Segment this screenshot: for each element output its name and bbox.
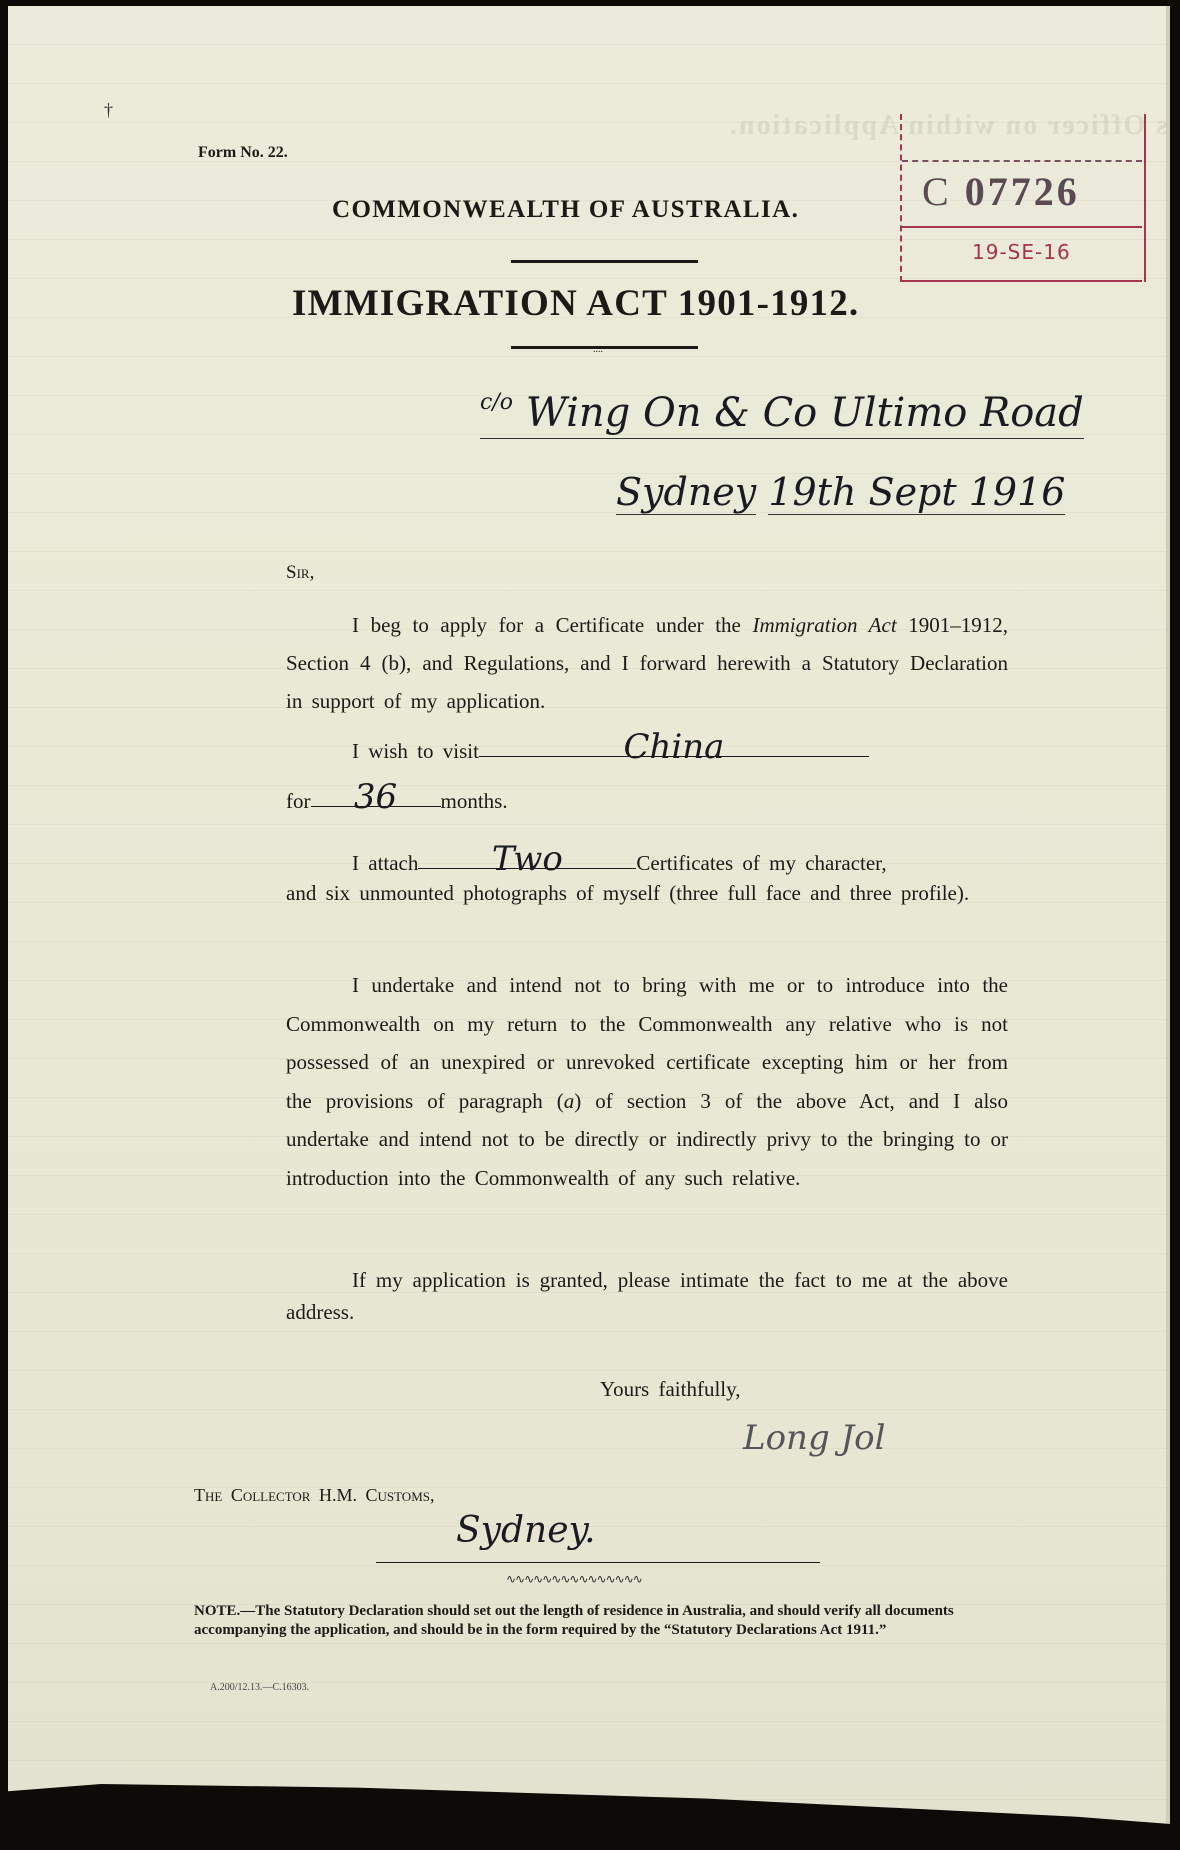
document-page: Report ... Police for Customs Officer on… [8,6,1170,1824]
duration-field: 36 [311,778,441,807]
application-act-name: Immigration Act [752,613,896,637]
header-rule-top [511,260,698,263]
address-street: Wing On & Co Ultimo Road [526,390,1084,436]
stamp-divider-middle [902,226,1142,228]
header-rule-bottom [511,346,698,349]
undertaking-paragraph-letter: a [564,1089,575,1113]
visit-label: I wish to visit [352,739,479,763]
form-number: Form No. 22. [198,144,288,162]
addressee-location: Sydney. [456,1510,596,1551]
stamp-number: C 07726 [922,168,1080,215]
handwritten-address-line1: c/o Wing On & Co Ultimo Road [480,390,1084,439]
note-label: NOTE.— [194,1602,255,1621]
duration-label: for [286,789,311,813]
header-country: COMMONWEALTH OF AUSTRALIA. [332,196,799,224]
attach-label: I attach [352,851,418,875]
stamp-prefix: C [922,169,952,214]
visit-line: I wish to visitChina [352,728,869,770]
attach-suffix: Certificates of my character, [636,851,886,875]
handwritten-address-line2: Sydney 19th Sept 1916 [616,470,1065,514]
stamp-date: 19-SE-16 [972,240,1071,264]
address-date: 19th Sept 1916 [768,470,1065,515]
duration-value: 36 [354,777,397,817]
duration-line: for36months. [286,778,508,820]
attach-count-field: Two [418,840,636,869]
stamp-divider-top [902,160,1142,162]
note-text: The Statutory Declaration should set out… [194,1603,954,1638]
visit-destination: China [623,727,724,767]
signature: Long Jol [743,1418,886,1458]
addressee-title: The Collector H.M. Customs, [194,1476,435,1514]
application-text-1: I beg to apply for a Certificate under t… [352,613,752,637]
addressee-underline [376,1562,820,1563]
salutation: Sir, [286,554,314,592]
notify-paragraph: If my application is granted, please int… [286,1264,1008,1328]
stamp-number-value: 07726 [965,169,1080,214]
application-paragraph: I beg to apply for a Certificate under t… [286,606,1008,720]
punch-hole-mark: † [104,100,113,121]
footnote: NOTE.—The Statutory Declaration should s… [194,1602,1014,1640]
care-of: c/o [480,390,513,415]
wavy-divider: ∿∿∿∿∿∿∿∿∿∿∿∿∿∿∿ [506,1572,642,1587]
closing: Yours faithfully, [600,1370,741,1408]
page-title: IMMIGRATION ACT 1901-1912. [292,282,859,325]
undertaking-paragraph: I undertake and intend not to bring with… [286,966,1008,1197]
address-city: Sydney [616,470,756,515]
stamp-divider-bottom [902,280,1142,282]
header-ornament: .... [593,344,603,355]
attach-continuation: and six unmounted photographs of myself … [286,874,1008,912]
visit-destination-field: China [479,728,869,757]
attach-count: Two [492,839,563,879]
print-code: A.200/12.13.—C.16303. [210,1682,309,1693]
duration-unit: months. [441,789,508,813]
registry-stamp: C 07726 19-SE-16 [900,114,1146,282]
